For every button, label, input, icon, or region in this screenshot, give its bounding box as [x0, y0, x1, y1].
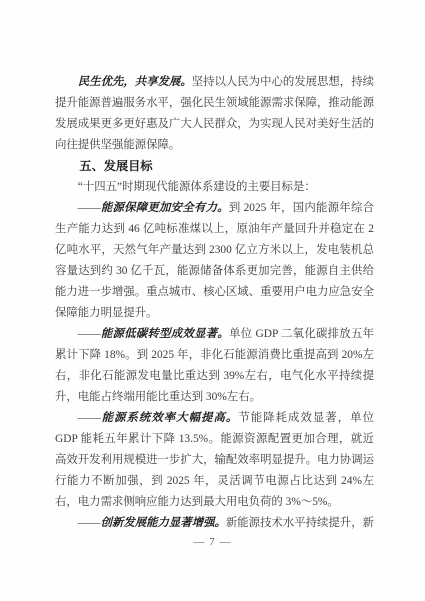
- paragraph-lead-energy-security: 能源保障更加安全有力。: [101, 202, 229, 214]
- em-dash: ——: [78, 328, 101, 340]
- paragraph-lead-system-efficiency: 能源系统效率大幅提高。: [101, 412, 239, 424]
- em-dash: ——: [78, 202, 101, 214]
- em-dash: ——: [78, 412, 101, 424]
- paragraph-people-first: 民生优先，共享发展。坚持以人民为中心的发展思想，持续提升能源普遍服务水平，强化民…: [55, 72, 374, 156]
- document-page: 民生优先，共享发展。坚持以人民为中心的发展思想，持续提升能源普遍服务水平，强化民…: [0, 0, 425, 601]
- section-heading-development-goals: 五、发展目标: [55, 156, 374, 177]
- paragraph-body-energy-security: 到 2025 年，国内能源年综合生产能力达到 46 亿吨标准煤以上，原油年产量回…: [55, 202, 374, 319]
- em-dash: ——: [78, 517, 101, 529]
- paragraph-goals-intro: “十四五”时期现代能源体系建设的主要目标是：: [55, 177, 374, 198]
- paragraph-body-innovation: 新能源技术水平持续提升，新: [226, 517, 374, 529]
- paragraph-innovation: ——创新发展能力显著增强。新能源技术水平持续提升，新: [55, 513, 374, 534]
- document-text-block: 民生优先，共享发展。坚持以人民为中心的发展思想，持续提升能源普遍服务水平，强化民…: [55, 72, 374, 534]
- paragraph-lead-low-carbon: 能源低碳转型成效显著。: [101, 328, 230, 340]
- page-number: — 7 —: [0, 532, 425, 553]
- paragraph-energy-security: ——能源保障更加安全有力。到 2025 年，国内能源年综合生产能力达到 46 亿…: [55, 198, 374, 324]
- paragraph-system-efficiency: ——能源系统效率大幅提高。节能降耗成效显著，单位 GDP 能耗五年累计下降 13…: [55, 408, 374, 513]
- paragraph-low-carbon: ——能源低碳转型成效显著。单位 GDP 二氧化碳排放五年累计下降 18%。到 2…: [55, 324, 374, 408]
- paragraph-lead-people-first: 民生优先，共享发展。: [78, 76, 192, 88]
- paragraph-body-system-efficiency: 节能降耗成效显著，单位 GDP 能耗五年累计下降 13.5%。能源资源配置更加合…: [55, 412, 374, 508]
- paragraph-lead-innovation: 创新发展能力显著增强。: [101, 517, 226, 529]
